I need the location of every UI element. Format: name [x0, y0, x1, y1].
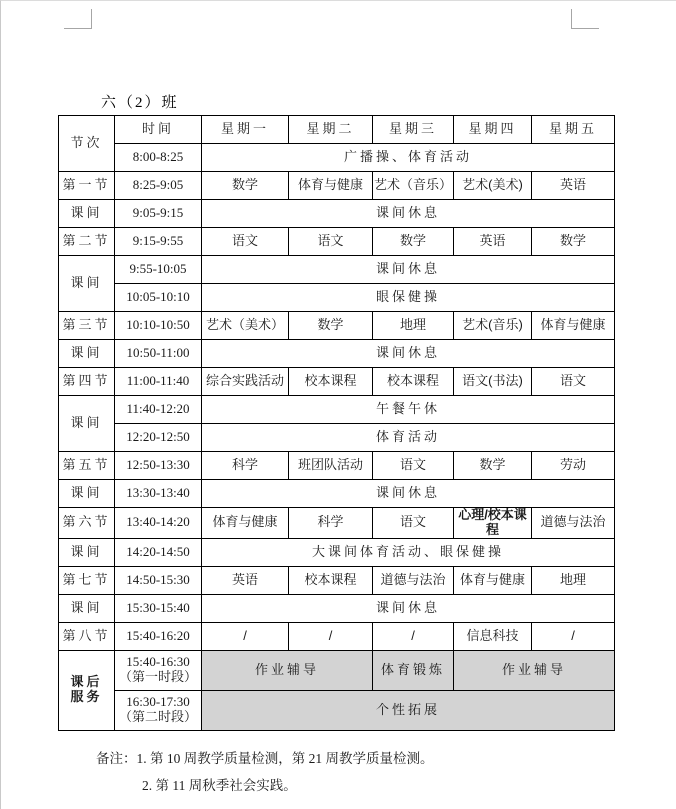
time-cell: 10:50-11:00 [115, 340, 202, 368]
subject-cell: 语文 [373, 452, 454, 480]
service-activity-cell: 作业辅导 [454, 650, 615, 690]
subject-cell: 劳动 [532, 452, 615, 480]
subject-cell: 数学 [202, 172, 289, 200]
subject-cell: 心理/校本课程 [454, 508, 532, 539]
time-cell: 9:15-9:55 [115, 228, 202, 256]
table-row: 课后 服务15:40-16:30 （第一时段）作业辅导体育锻炼作业辅导 [59, 650, 615, 690]
period-cell: 第一节 [59, 172, 115, 200]
subject-cell: 语文 [532, 368, 615, 396]
table-row: 12:20-12:50体育活动 [59, 424, 615, 452]
time-cell: 11:40-12:20 [115, 396, 202, 424]
subject-cell: 班团队活动 [289, 452, 373, 480]
period-cell: 课间 [59, 340, 115, 368]
time-cell: 10:05-10:10 [115, 284, 202, 312]
time-cell: 10:10-10:50 [115, 312, 202, 340]
period-cell: 课间 [59, 538, 115, 566]
day-header-cell: 星期二 [289, 116, 373, 144]
footnotes: 备注：1. 第 10 周教学质量检测，第 21 周教学质量检测。 2. 第 11… [96, 745, 434, 799]
subject-cell: / [373, 622, 454, 650]
subject-cell: 艺术（音乐） [373, 172, 454, 200]
table-row: 课间9:05-9:15课间休息 [59, 200, 615, 228]
activity-cell: 课间休息 [202, 480, 615, 508]
time-cell: 9:55-10:05 [115, 256, 202, 284]
subject-cell: / [289, 622, 373, 650]
footnote-line-2: 2. 第 11 周秋季社会实践。 [96, 772, 434, 799]
page-crop-mark-left [64, 9, 92, 29]
time-cell: 14:20-14:50 [115, 538, 202, 566]
period-cell: 课间 [59, 396, 115, 452]
subject-cell: 数学 [373, 228, 454, 256]
period-cell: 第七节 [59, 566, 115, 594]
footnote-label: 备注： [96, 751, 137, 766]
subject-cell: 语文 [202, 228, 289, 256]
day-header-cell: 星期五 [532, 116, 615, 144]
table-row: 课间14:20-14:50大课间体育活动、眼保健操 [59, 538, 615, 566]
activity-cell: 课间休息 [202, 256, 615, 284]
subject-cell: 道德与法治 [373, 566, 454, 594]
table-row: 课间13:30-13:40课间休息 [59, 480, 615, 508]
time-cell: 11:00-11:40 [115, 368, 202, 396]
subject-cell: 体育与健康 [202, 508, 289, 539]
activity-cell: 眼保健操 [202, 284, 615, 312]
subject-cell: 艺术（美术） [202, 312, 289, 340]
subject-cell: 语文 [289, 228, 373, 256]
day-header-cell: 星期四 [454, 116, 532, 144]
subject-cell: 英语 [202, 566, 289, 594]
subject-cell: 数学 [454, 452, 532, 480]
table-row: 节次时间星期一星期二星期三星期四星期五 [59, 116, 615, 144]
subject-cell: 艺术(音乐) [454, 312, 532, 340]
table-row: 第四节11:00-11:40综合实践活动校本课程校本课程语文(书法)语文 [59, 368, 615, 396]
service-activity-cell: 体育锻炼 [373, 650, 454, 690]
service-activity-cell: 作业辅导 [202, 650, 373, 690]
table-row: 第六节13:40-14:20体育与健康科学语文心理/校本课程道德与法治 [59, 508, 615, 539]
time-cell: 15:40-16:30 （第一时段） [115, 650, 202, 690]
subject-cell: 体育与健康 [532, 312, 615, 340]
activity-cell: 广播操、体育活动 [202, 144, 615, 172]
subject-cell: 道德与法治 [532, 508, 615, 539]
service-activity-cell: 个性拓展 [202, 690, 615, 730]
table-row: 16:30-17:30 （第二时段）个性拓展 [59, 690, 615, 730]
table-row: 第五节12:50-13:30科学班团队活动语文数学劳动 [59, 452, 615, 480]
table-row: 10:05-10:10眼保健操 [59, 284, 615, 312]
period-cell: 课间 [59, 594, 115, 622]
subject-cell: 体育与健康 [289, 172, 373, 200]
time-cell: 15:30-15:40 [115, 594, 202, 622]
footnote-item-1: 1. 第 10 周教学质量检测，第 21 周教学质量检测。 [137, 751, 434, 766]
class-title: 六（2）班 [101, 91, 179, 112]
document-page: 六（2）班 节次时间星期一星期二星期三星期四星期五8:00-8:25广播操、体育… [0, 0, 676, 809]
service-period-cell: 课后 服务 [59, 650, 115, 730]
subject-cell: 英语 [532, 172, 615, 200]
schedule-table-body: 节次时间星期一星期二星期三星期四星期五8:00-8:25广播操、体育活动第一节8… [59, 116, 615, 731]
subject-cell: 体育与健康 [454, 566, 532, 594]
subject-cell: / [532, 622, 615, 650]
table-row: 第二节9:15-9:55语文语文数学英语数学 [59, 228, 615, 256]
table-row: 8:00-8:25广播操、体育活动 [59, 144, 615, 172]
time-cell: 12:20-12:50 [115, 424, 202, 452]
activity-cell: 课间休息 [202, 594, 615, 622]
subject-cell: 地理 [373, 312, 454, 340]
table-row: 课间11:40-12:20午餐午休 [59, 396, 615, 424]
day-header-cell: 星期一 [202, 116, 289, 144]
time-cell: 13:30-13:40 [115, 480, 202, 508]
activity-cell: 体育活动 [202, 424, 615, 452]
period-cell: 第四节 [59, 368, 115, 396]
time-cell: 14:50-15:30 [115, 566, 202, 594]
subject-cell: 语文 [373, 508, 454, 539]
activity-cell: 午餐午休 [202, 396, 615, 424]
time-cell: 12:50-13:30 [115, 452, 202, 480]
table-row: 课间10:50-11:00课间休息 [59, 340, 615, 368]
table-row: 第七节14:50-15:30英语校本课程道德与法治体育与健康地理 [59, 566, 615, 594]
period-cell: 课间 [59, 480, 115, 508]
footnote-line-1: 备注：1. 第 10 周教学质量检测，第 21 周教学质量检测。 [96, 745, 434, 772]
subject-cell: 校本课程 [289, 368, 373, 396]
period-cell: 第二节 [59, 228, 115, 256]
table-row: 第八节15:40-16:20///信息科技/ [59, 622, 615, 650]
period-cell: 课间 [59, 256, 115, 312]
subject-cell: 语文(书法) [454, 368, 532, 396]
activity-cell: 课间休息 [202, 340, 615, 368]
subject-cell: 科学 [289, 508, 373, 539]
time-cell: 8:25-9:05 [115, 172, 202, 200]
subject-cell: 信息科技 [454, 622, 532, 650]
activity-cell: 大课间体育活动、眼保健操 [202, 538, 615, 566]
time-cell: 16:30-17:30 （第二时段） [115, 690, 202, 730]
subject-cell: 校本课程 [289, 566, 373, 594]
schedule-table: 节次时间星期一星期二星期三星期四星期五8:00-8:25广播操、体育活动第一节8… [58, 115, 615, 731]
table-row: 第三节10:10-10:50艺术（美术）数学地理艺术(音乐)体育与健康 [59, 312, 615, 340]
subject-cell: 校本课程 [373, 368, 454, 396]
day-header-cell: 时间 [115, 116, 202, 144]
subject-cell: 综合实践活动 [202, 368, 289, 396]
period-cell: 节次 [59, 116, 115, 172]
table-row: 第一节8:25-9:05数学体育与健康艺术（音乐）艺术(美术)英语 [59, 172, 615, 200]
period-cell: 第三节 [59, 312, 115, 340]
subject-cell: 英语 [454, 228, 532, 256]
subject-cell: 数学 [532, 228, 615, 256]
time-cell: 8:00-8:25 [115, 144, 202, 172]
table-row: 课间9:55-10:05课间休息 [59, 256, 615, 284]
time-cell: 15:40-16:20 [115, 622, 202, 650]
time-cell: 13:40-14:20 [115, 508, 202, 539]
subject-cell: 数学 [289, 312, 373, 340]
activity-cell: 课间休息 [202, 200, 615, 228]
subject-cell: 艺术(美术) [454, 172, 532, 200]
subject-cell: / [202, 622, 289, 650]
subject-cell: 科学 [202, 452, 289, 480]
period-cell: 第五节 [59, 452, 115, 480]
page-crop-mark-right [571, 9, 599, 29]
day-header-cell: 星期三 [373, 116, 454, 144]
subject-cell: 地理 [532, 566, 615, 594]
period-cell: 第八节 [59, 622, 115, 650]
period-cell: 第六节 [59, 508, 115, 539]
table-row: 课间15:30-15:40课间休息 [59, 594, 615, 622]
time-cell: 9:05-9:15 [115, 200, 202, 228]
period-cell: 课间 [59, 200, 115, 228]
footnote-item-2: 2. 第 11 周秋季社会实践。 [142, 778, 297, 793]
